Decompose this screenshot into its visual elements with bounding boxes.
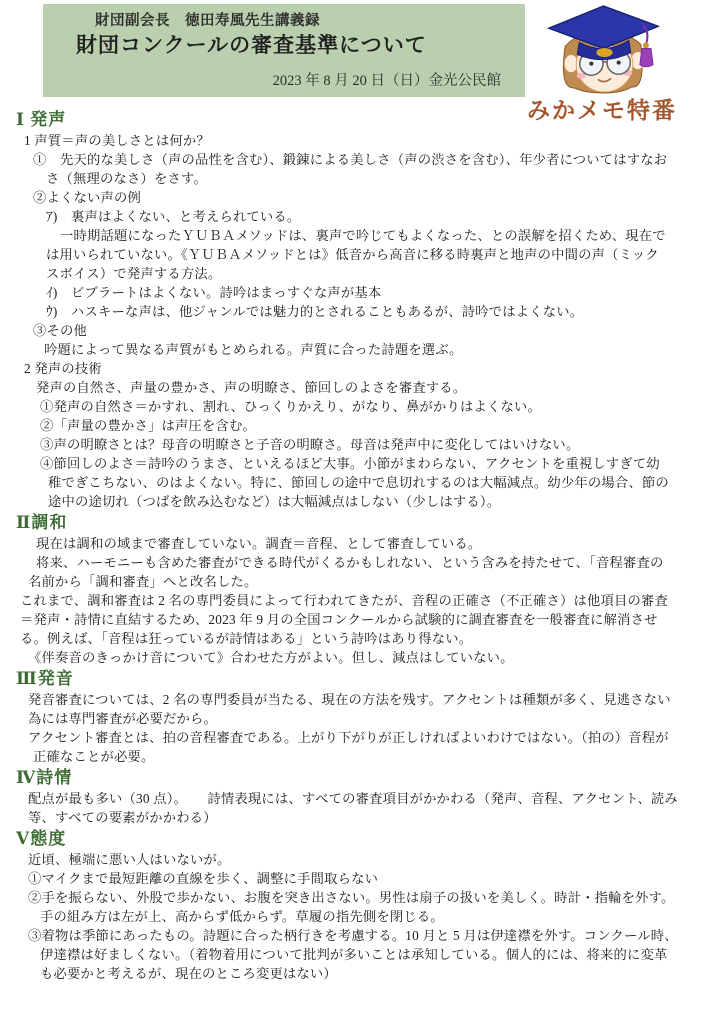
paragraph: ②「声量の豊かさ」は声圧を含む。 bbox=[16, 416, 698, 435]
paragraph: これまで、調和審査は 2 名の専門委員によって行われてきたが、音程の正確さ（不正… bbox=[16, 591, 698, 648]
paragraph: ｳ) ハスキーな声は、他ジャンルでは魅力的とされることもあるが、詩吟ではよくない… bbox=[16, 302, 698, 321]
document-body: Ⅰ 発声1 声質＝声の美しさとは何か？① 先天的な美しさ（声の品性を含む）、鍛錬… bbox=[16, 108, 698, 983]
paragraph: ②よくない声の例 bbox=[16, 188, 698, 207]
paragraph: ｱ) 裏声はよくない、と考えられている。 bbox=[16, 207, 698, 226]
paragraph: 配点が最も多い（30 点）。 詩情表現には、すべての審査項目がかかわる（発声、音… bbox=[16, 789, 698, 827]
section-heading: Ⅲ発音 bbox=[16, 667, 698, 690]
document-title: 財団コンクールの審査基準について bbox=[43, 31, 525, 59]
paragraph: 発音審査については、2 名の専門委員が当たる、現在の方法を残す。アクセントは種類… bbox=[16, 690, 698, 728]
paragraph: ③その他 bbox=[16, 321, 698, 340]
paragraph: ①マイクまで最短距離の直線を歩く、調整に手間取らない bbox=[16, 869, 698, 888]
paragraph: ②手を振らない、外股で歩かない、お腹を突き出さない。男性は扇子の扱いを美しく。時… bbox=[16, 888, 698, 926]
paragraph: 2 発声の技術 bbox=[16, 359, 698, 378]
document-page: 財団副会長 徳田寿風先生講義録 財団コンクールの審査基準について 2023 年 … bbox=[0, 0, 704, 1024]
graduate-girl-illustration bbox=[540, 2, 668, 98]
section-heading: Ⅱ調和 bbox=[16, 511, 698, 534]
paragraph: 《伴奏音のきっかけ音について》合わせた方がよい。但し、減点はしていない。 bbox=[16, 648, 698, 667]
paragraph: 将来、ハーモニーも含めた審査ができる時代がくるかもしれない、という含みを持たせて… bbox=[16, 553, 698, 591]
paragraph: 現在は調和の域まで審査していない。調査＝音程、として審査している。 bbox=[16, 534, 698, 553]
paragraph: ｲ) ビブラートはよくない。詩吟はまっすぐな声が基本 bbox=[16, 283, 698, 302]
paragraph: 近頃、極端に悪い人はいないが。 bbox=[16, 850, 698, 869]
section-heading: Ⅴ態度 bbox=[16, 827, 698, 850]
section-heading: Ⅳ詩情 bbox=[16, 766, 698, 789]
paragraph: ①発声の自然さ＝かすれ、割れ、ひっくりかえり、がなり、鼻がかりはよくない。 bbox=[16, 397, 698, 416]
paragraph: ④節回しのよさ＝詩吟のうまさ、といえるほど大事。小節がまわらない、アクセントを重… bbox=[16, 454, 698, 511]
lecture-subtitle: 財団副会長 徳田寿風先生講義録 bbox=[43, 11, 525, 31]
header-box: 財団副会長 徳田寿風先生講義録 財団コンクールの審査基準について 2023 年 … bbox=[43, 4, 525, 97]
paragraph: 吟題によって異なる声質がもとめられる。声質に合った詩題を選ぶ。 bbox=[16, 340, 698, 359]
document-date: 2023 年 8 月 20 日（日）金光公民館 bbox=[43, 71, 525, 91]
paragraph: ③着物は季節にあったもの。詩題に合った柄行きを考慮する。10 月と 5 月は伊達… bbox=[16, 926, 698, 983]
paragraph: 発声の自然さ、声量の豊かさ、声の明瞭さ、節回しのよさを審査する。 bbox=[16, 378, 698, 397]
paragraph: 1 声質＝声の美しさとは何か？ bbox=[16, 131, 698, 150]
paragraph: ① 先天的な美しさ（声の品性を含む）、鍛錬による美しさ（声の渋さを含む）、年少者… bbox=[16, 150, 698, 188]
paragraph: ③声の明瞭さとは？母音の明瞭さと子音の明瞭さ。母音は発声中に変化してはいけない。 bbox=[16, 435, 698, 454]
paragraph: 一時期話題になったＹＵＢＡメソッドは、裏声で吟じてもよくなった、との誤解を招くた… bbox=[16, 226, 698, 283]
graduate-girl-icon bbox=[540, 2, 668, 98]
paragraph: アクセント審査とは、拍の音程審査である。上がり下がりが正しければよいわけではない… bbox=[16, 728, 698, 766]
section-heading: Ⅰ 発声 bbox=[16, 108, 698, 131]
